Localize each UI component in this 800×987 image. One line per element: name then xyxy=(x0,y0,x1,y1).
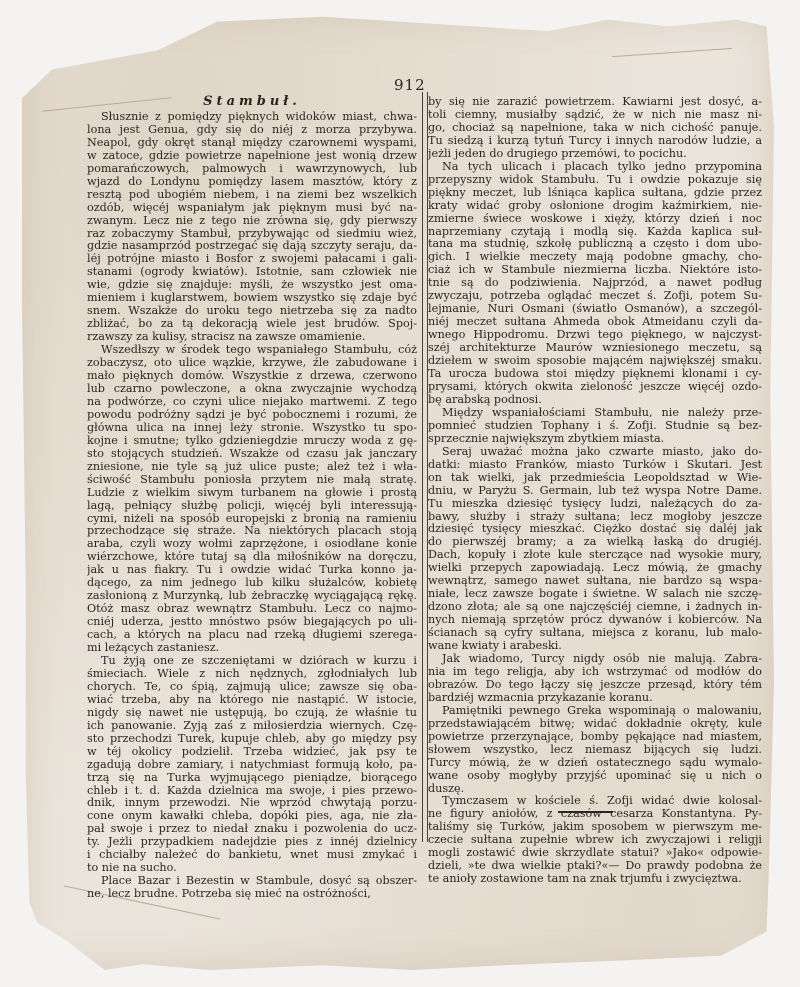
text-line: niałe, lecz zawsze bogate i świetne. W s… xyxy=(428,588,762,601)
text-line: Tymczasem w kościele ś. Zofji widać dwie… xyxy=(428,795,762,808)
text-line: cniéj uderza, jestto mnóstwo psów biegaj… xyxy=(87,616,417,629)
text-line: w téj okolicy podzielił. Trzeba widzieć,… xyxy=(87,746,417,759)
paragraph: Tu żyją one ze szczeniętami w dziórach w… xyxy=(87,655,417,875)
text-line: ciaż ich w Stambule niezmierna liczba. N… xyxy=(428,264,762,277)
text-line: pomnieć studzien Tophany i ś. Zofji. Stu… xyxy=(428,420,762,433)
text-line: zwanym. Lecz nie z tego nie zrówna się, … xyxy=(87,215,417,228)
text-line: araba, czyli wozy wołmi zaprzężone, i os… xyxy=(87,538,417,551)
text-line: do pierwszéj bramy; a za wielką łaską do… xyxy=(428,536,762,549)
text-line: tana ma studnię, szkołę publiczną a częs… xyxy=(428,238,762,251)
text-line: cach, a których na placu nad rzeką długi… xyxy=(87,629,417,642)
text-line: Pamiętniki pewnego Greka wspominają o ma… xyxy=(428,705,762,718)
text-line: główna ulica na innej leży stronie. Wszy… xyxy=(87,422,417,435)
text-line: raz zobaczymy Stambuł, przybywając od si… xyxy=(87,228,417,241)
text-line: wielki przepych zapowiadają. Lecz mówią,… xyxy=(428,562,762,575)
text-line: w zatoce, gdzie powietrze napełnione jes… xyxy=(87,150,417,163)
text-line: zbliżać, bo za tą dekoracją wiele jest b… xyxy=(87,318,417,331)
text-line: niéj meczet sułtana Ahmeda obok Atmeidan… xyxy=(428,316,762,329)
paragraph: Seraj uważać można jako czwarte miasto, … xyxy=(428,446,762,653)
text-line: kojne i smutne; tylko gdzieniegdzie mruc… xyxy=(87,435,417,448)
paper-crease xyxy=(612,48,732,57)
left-column-body: Słusznie z pomiędzy pięknych widoków mia… xyxy=(87,111,417,901)
text-line: sprzecznie największym zbytkiem miasta. xyxy=(428,433,762,446)
text-line: lona jest Genua, gdy się do niéj z morza… xyxy=(87,124,417,137)
text-line: wane osoby mogłyby przyjść upominać się … xyxy=(428,770,762,783)
text-line: i chciałby należeć do bankietu, wnet mus… xyxy=(87,849,417,862)
text-line: jeżli jeden do drugiego przemówi, to poc… xyxy=(428,148,762,161)
text-line: zgadują dobre zamiary, i natychmiast for… xyxy=(87,759,417,772)
text-line: przedstawiającém bitwę; widać dokładnie … xyxy=(428,718,762,731)
text-line: dziełem w swoim sposobie mającém najwięk… xyxy=(428,355,762,368)
text-line: cone onym kawałki chleba, dopóki pies, a… xyxy=(87,810,417,823)
text-line: nigdy się nawet nie ustępują, bo czują, … xyxy=(87,707,417,720)
text-line: go, chociaż są napełnione, taka w nich c… xyxy=(428,122,762,135)
text-line: Słusznie z pomiędzy pięknych widoków mia… xyxy=(87,111,417,124)
text-line: zwyczaju, potrzeba oglądać meczet ś. Zof… xyxy=(428,290,762,303)
text-line: wiać trzeba, aby na którego nie nastąpić… xyxy=(87,694,417,707)
text-line: dziesięć tysięcy mieszkać. Ciężko dostać… xyxy=(428,523,762,536)
text-line: czecie sułtana zupełnie wbrew ich zwycza… xyxy=(428,834,762,847)
text-line: Otóż masz obraz wewnątrz Stambułu. Lecz … xyxy=(87,603,417,616)
text-line: resztą pod ubogiém niebem, i na ziemi be… xyxy=(87,189,417,202)
paragraph: Tymczasem w kościele ś. Zofji widać dwie… xyxy=(428,795,762,886)
text-line: toli ciemny, musiałby sądzić, że w nich … xyxy=(428,109,762,122)
text-line: Tu mieszka dziesięć tysięcy ludzi, należ… xyxy=(428,498,762,511)
text-line: jak u nas fiakry. Tu i owdzie widać Turk… xyxy=(87,564,417,577)
text-line: zasłonioną z Murzynką, lub żebraczkę wyc… xyxy=(87,590,417,603)
paragraph: Między wspaniałościami Stambułu, nie nal… xyxy=(428,407,762,446)
text-line: Dach, kopuły i złote kule sterczące nad … xyxy=(428,549,762,562)
text-line: Place Bazar i Bezestin w Stambule, dosyć… xyxy=(87,875,417,888)
text-line: sto przechodzi Turek, kupuje chleb, aby … xyxy=(87,733,417,746)
text-line: dzieli, »te dwa wielkie ptaki?«— Do praw… xyxy=(428,860,762,873)
text-line: mieniem i kuglarstwem, bowiem wszystko s… xyxy=(87,292,417,305)
text-line: wnego Hippodromu. Drzwi tego pięknego, w… xyxy=(428,329,762,342)
text-line: snem. Wszakże do uroku tego nietrzeba si… xyxy=(87,305,417,318)
text-line: lagą, pełniący służbę policji, więcéj by… xyxy=(87,500,417,513)
text-line: te anioły zostawione tam na znak trjumfu… xyxy=(428,873,762,886)
article-title: Stambuł. xyxy=(87,96,417,109)
text-line: Między wspaniałościami Stambułu, nie nal… xyxy=(428,407,762,420)
text-line: lub czarno powleczone, a okna zwyczajnie… xyxy=(87,383,417,396)
text-line: dnik, innym przewodzi. Nie wprzód chwyta… xyxy=(87,797,417,810)
left-column: Stambuł. Słusznie z pomiędzy pięknych wi… xyxy=(87,96,417,901)
text-line: sto stojących studzień. Wszakże od czasu… xyxy=(87,448,417,461)
text-line: ty. Jeżli przypadkiem nadejdzie pies z i… xyxy=(87,836,417,849)
text-line: piękny meczet, lub lśniąca kaplica sułta… xyxy=(428,187,762,200)
text-line: cymi, niżeli na sposób europejski z bron… xyxy=(87,513,417,526)
paragraph: Na tych ulicach i placach tylko jedno pr… xyxy=(428,161,762,407)
text-line: Seraj uważać można jako czwarte miasto, … xyxy=(428,446,762,459)
paragraph: Pamiętniki pewnego Greka wspominają o ma… xyxy=(428,705,762,796)
text-line: Jak wiadomo, Turcy nigdy osób nie malują… xyxy=(428,653,762,666)
right-column: by się nie zarazić powietrzem. Kawiarni … xyxy=(428,96,762,886)
text-line: pał swoje i przez to niedał znaku i pozw… xyxy=(87,823,417,836)
paragraph: Place Bazar i Bezestin w Stambule, dosyć… xyxy=(87,875,417,901)
text-line: stanami (ogrody kwiatów). Istotnie, sam … xyxy=(87,266,417,279)
text-line: to nie na sucho. xyxy=(87,862,417,875)
text-line: nych niemają sprzętów prócz dywanów i ko… xyxy=(428,614,762,627)
text-line: słowem wszystko, lecz niemasz bijących s… xyxy=(428,744,762,757)
text-line: zniesione, nie tyle są już ulice puste; … xyxy=(87,461,417,474)
text-line: obrazów. Do tego łączy się jeszcze przes… xyxy=(428,679,762,692)
text-line: przepyszny widok Stambułu. Tu i owdzie p… xyxy=(428,174,762,187)
text-line: Ludzie z wielkim siwym turbanem na głowi… xyxy=(87,487,417,500)
text-line: tnie są do podziwienia. Najprzód, a nawe… xyxy=(428,277,762,290)
end-of-article-rule xyxy=(558,811,613,813)
text-line: pomarańczowych, palmowych i wawrzynowych… xyxy=(87,163,417,176)
text-line: śmieciach. Wiele z nich nędznych, zgłodn… xyxy=(87,668,417,681)
text-line: powietrze przerzynające, bomby pękające … xyxy=(428,731,762,744)
paragraph: Wszedłszy w środek tego wspaniałego Stam… xyxy=(87,344,417,655)
text-line: ścianach są cyfry sułtana, miejsca z kor… xyxy=(428,627,762,640)
text-line: gich. I wielkie meczety mają podobne gma… xyxy=(428,251,762,264)
text-line: gdzie nasamprzód postrzegać się dają szc… xyxy=(87,240,417,253)
text-line: Na tych ulicach i placach tylko jedno pr… xyxy=(428,161,762,174)
text-line: Wszedłszy w środek tego wspaniałego Stam… xyxy=(87,344,417,357)
text-line: Turcy mówią, że w dzień ostatecznego sąd… xyxy=(428,757,762,770)
text-line: rzawszy za kulisy, stracisz na zawsze om… xyxy=(87,331,417,344)
text-line: wiérzchowe, które tutaj są dla miłośnikó… xyxy=(87,551,417,564)
text-line: wewnątrz, samego nawet sułtana, nie bard… xyxy=(428,575,762,588)
text-line: powodu podróżny sądzi je być pobocznemi … xyxy=(87,409,417,422)
text-line: széj architekturze Maurów wzniesionego m… xyxy=(428,342,762,355)
paragraph: by się nie zarazić powietrzem. Kawiarni … xyxy=(428,96,762,161)
text-line: bawy, służby i straży sułtana; lecz mogł… xyxy=(428,511,762,524)
text-line: dniu, w Paryżu S. Germain, lub też wyspa… xyxy=(428,485,762,498)
text-line: mało pięknych domów. Wszystkie z drzewa,… xyxy=(87,370,417,383)
right-column-body: by się nie zarazić powietrzem. Kawiarni … xyxy=(428,96,762,886)
text-line: kraty widać groby osłonione drogim kaźmi… xyxy=(428,200,762,213)
text-line: zmierne świece woskowe i xięży, którzy d… xyxy=(428,213,762,226)
text-line: na podwórze, co czyni ulice niejako mart… xyxy=(87,396,417,409)
text-line: ich panowanie. Żyją zaś z miłosierdzia w… xyxy=(87,720,417,733)
text-line: datki: miasto Franków, miasto Turków i S… xyxy=(428,459,762,472)
text-line: zobaczysz, oto ulice wązkie, krzywe, źle… xyxy=(87,357,417,370)
text-line: ne, lecz brudne. Potrzeba się mieć na os… xyxy=(87,888,417,901)
text-line: taliśmy się Turków, jakim sposobem w pie… xyxy=(428,821,762,834)
text-line: Ta urocza budowa stoi między pięknemi kl… xyxy=(428,368,762,381)
text-line: bę arabską podnosi. xyxy=(428,394,762,407)
text-line: przechodzące się straże. Na niektórych p… xyxy=(87,525,417,538)
text-line: mi leżących zastaniesz. xyxy=(87,642,417,655)
text-line: trzą się na Turka wyjmującego pieniądze,… xyxy=(87,772,417,785)
paragraph: Słusznie z pomiędzy pięknych widoków mia… xyxy=(87,111,417,344)
text-line: on tak wielki, jak przedmieścia Leopolds… xyxy=(428,472,762,485)
text-line: nia im tego religja, aby ich wstrzymać o… xyxy=(428,666,762,679)
text-line: chleb i t. d. Każda dzielnica ma swoje, … xyxy=(87,785,417,798)
paragraph: Jak wiadomo, Turcy nigdy osób nie malują… xyxy=(428,653,762,705)
text-line: mogli zostawić dwie skrzydlate statui? »… xyxy=(428,847,762,860)
text-line: prysami, których okwita zieloność jeszcz… xyxy=(428,381,762,394)
text-line: wane kwiaty i arabeski. xyxy=(428,640,762,653)
text-line: dącego, za nim jednego lub kilku służalc… xyxy=(87,577,417,590)
text-line: chorych. Te, co śpią, zajmują ulice; zaw… xyxy=(87,681,417,694)
text-line: léj potrójne miasto i Bosfor z swojemi p… xyxy=(87,253,417,266)
text-line: lejmanie, Nuri Osmani (światło Osmanów),… xyxy=(428,303,762,316)
text-line: wie, gdzie się znajduje: myśli, że wszys… xyxy=(87,279,417,292)
text-line: ściwość Stambułu poniosła przytem nie ma… xyxy=(87,474,417,487)
text-line: naprzemiany czytają i modlą się. Każda k… xyxy=(428,226,762,239)
text-line: duszę. xyxy=(428,783,762,796)
text-line: Tu żyją one ze szczeniętami w dziórach w… xyxy=(87,655,417,668)
text-line: ozdób, więcéj wspaniałym jak pięknym mus… xyxy=(87,202,417,215)
text-line: Neapol, gdy okręt stanął między czarowne… xyxy=(87,137,417,150)
text-line: wjazd do Londynu pomiędzy lasem masztów,… xyxy=(87,176,417,189)
text-line: Tu siedzą i kurzą tytuń Turcy i innych n… xyxy=(428,135,762,148)
text-line: by się nie zarazić powietrzem. Kawiarni … xyxy=(428,96,762,109)
page-number: 912 xyxy=(394,76,426,94)
text-line: dzono złota; ale są one najczęściéj ciem… xyxy=(428,601,762,614)
text-line: bardziéj wzmacnia przykazanie koranu. xyxy=(428,692,762,705)
